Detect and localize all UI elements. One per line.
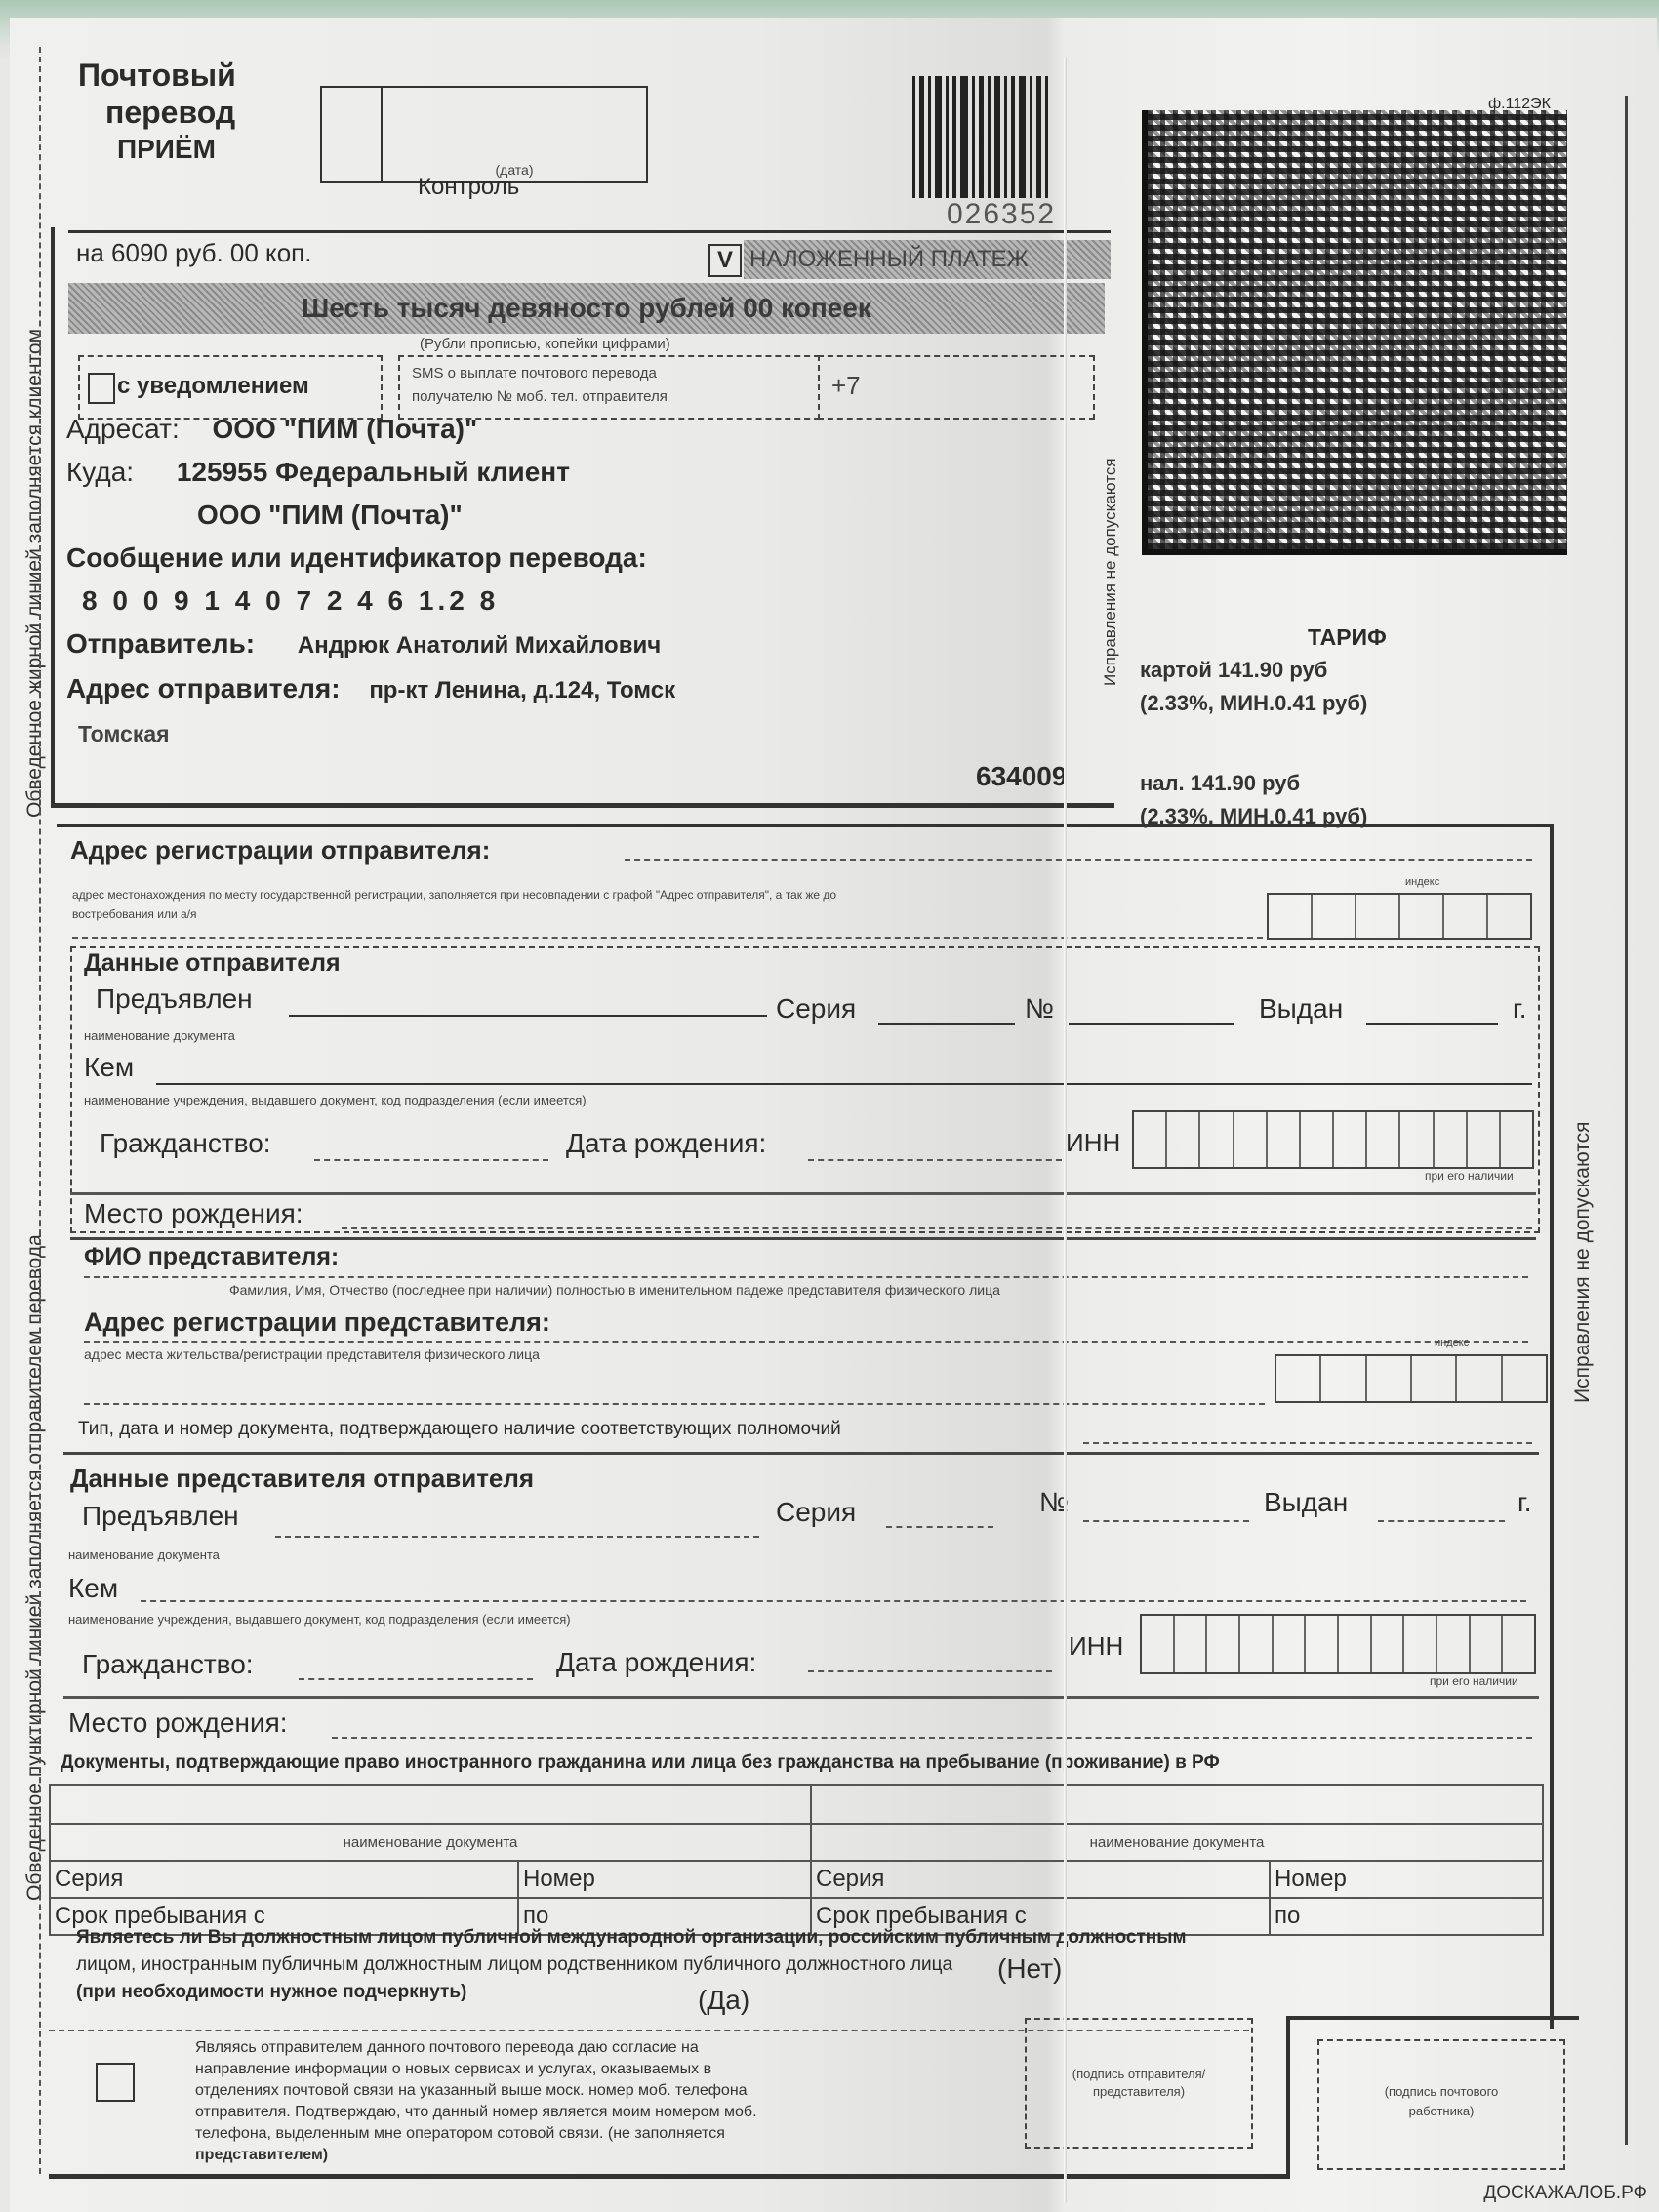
sms-label-line-1: SMS о выплате почтового перевода xyxy=(412,365,657,382)
sender-signature-box[interactable]: (подпись отправителя/ представителя) xyxy=(1025,2018,1253,2149)
representative-fio-field[interactable] xyxy=(84,1276,1528,1278)
transfer-identifier: 8 0 0 9 1 4 0 7 2 4 6 1.2 8 xyxy=(66,580,1111,623)
tariff-title: ТАРИФ xyxy=(1308,624,1387,651)
registration-index-label: индекс xyxy=(1405,876,1439,888)
pep-yes-option[interactable]: (Да) xyxy=(698,1985,749,2016)
sms-phone-value: +7 xyxy=(831,371,861,401)
where-value-line-2: ООО "ПИМ (Почта)" xyxy=(66,494,1111,537)
rep-issued-label: Выдан xyxy=(1264,1487,1348,1518)
rep-by-whom-field[interactable] xyxy=(141,1600,1526,1602)
amount-words-hint: (Рубли прописью, копейки цифрами) xyxy=(420,336,670,352)
notification-checkbox[interactable] xyxy=(88,373,115,404)
sender-by-whom-label: Кем xyxy=(84,1052,134,1083)
registration-hint-2: востребования или а/я xyxy=(72,907,197,921)
representative-reg-field[interactable] xyxy=(84,1341,1528,1343)
clerk-box-top-border xyxy=(1286,2016,1579,2020)
registration-address-line-2[interactable] xyxy=(72,937,1263,939)
postal-transfer-form: Обведенное жирной линией заполняется кли… xyxy=(10,18,1657,2212)
sender-birth-date-label: Дата рождения: xyxy=(566,1128,766,1159)
where-label: Куда: xyxy=(66,457,134,487)
sender-signature-hint-1: (подпись отправителя/ xyxy=(1027,2067,1251,2081)
consent-line-3: отделениях почтовой связи на указанный в… xyxy=(195,2080,757,2102)
amount-top-line xyxy=(68,230,1111,233)
rep-by-whom-hint: наименование учреждения, выдавшего докум… xyxy=(68,1612,571,1627)
consent-line-2: направление информации о новых сервисах … xyxy=(195,2059,757,2080)
foreign-docs-table: наименование документа наименование доку… xyxy=(49,1784,1544,1936)
client-section-bottom xyxy=(51,803,1114,808)
rep-data-title: Данные представителя отправителя xyxy=(70,1464,534,1494)
sender-inn-label: ИНН xyxy=(1066,1128,1120,1158)
addressee-value: ООО "ПИМ (Почта)" xyxy=(213,414,478,444)
control-stamp-box[interactable] xyxy=(320,86,383,183)
registration-index-cells[interactable] xyxy=(1267,893,1532,940)
address-block: Адресат: ООО "ПИМ (Почта)" Куда: 125955 … xyxy=(66,408,1111,755)
foreign-doc-2-stay-to[interactable]: по xyxy=(1270,1898,1543,1935)
side-note-no-corrections: Исправления не допускаются xyxy=(1571,1121,1595,1403)
rep-birth-date-label: Дата рождения: xyxy=(556,1647,756,1678)
rep-doc-hint: наименование документа xyxy=(68,1548,220,1562)
sender-birth-place-label: Место рождения: xyxy=(84,1198,303,1229)
sender-data-title: Данные отправителя xyxy=(84,949,341,978)
sender-label: Отправитель: xyxy=(66,628,255,659)
rep-citizenship-label: Гражданство: xyxy=(82,1649,254,1680)
rep-birth-date-field[interactable] xyxy=(808,1670,1052,1672)
barcode xyxy=(912,76,1052,198)
sender-birth-place-field[interactable] xyxy=(342,1227,1532,1229)
sender-by-whom-hint: наименование учреждения, выдавшего докум… xyxy=(84,1093,587,1107)
foreign-doc-1-number[interactable]: Номер xyxy=(518,1861,811,1898)
rep-data-divider xyxy=(63,1696,1539,1699)
sender-year-suffix: г. xyxy=(1513,993,1527,1025)
rep-series-label: Серия xyxy=(776,1497,856,1528)
rep-birth-place-field[interactable] xyxy=(332,1737,1532,1739)
sender-by-whom-field[interactable] xyxy=(156,1083,1532,1085)
cod-label: НАЛОЖЕННЫЙ ПЛАТЕЖ xyxy=(744,240,1111,279)
pep-no-option[interactable]: (Нет) xyxy=(997,1953,1062,1985)
tariff-card-rate: (2.33%, МИН.0.41 руб) xyxy=(1140,687,1367,720)
clerk-signature-box[interactable]: (подпись почтового работника) xyxy=(1317,2039,1565,2170)
representative-fio-hint: Фамилия, Имя, Отчество (последнее при на… xyxy=(229,1282,1000,1298)
registration-title: Адрес регистрации отправителя: xyxy=(70,835,490,865)
consent-line-4: отправителя. Подтверждаю, что данный ном… xyxy=(195,2102,757,2123)
control-label: Контроль xyxy=(418,174,519,201)
rep-number-field[interactable] xyxy=(1083,1520,1249,1522)
title-line-2: перевод xyxy=(78,94,236,131)
rep-doc-field[interactable] xyxy=(275,1536,759,1538)
transfer-amount: на 6090 руб. 00 коп. xyxy=(76,238,311,268)
sms-label-line-2: получателю № моб. тел. отправителя xyxy=(412,388,668,405)
datamatrix-code xyxy=(1142,110,1567,555)
barcode-number: 026352 xyxy=(947,198,1056,231)
consent-line-1: Являясь отправителем данного почтового п… xyxy=(195,2037,757,2059)
sender-inn-hint: при его наличии xyxy=(1425,1169,1514,1183)
clerk-box-left-border xyxy=(1286,2018,1290,2179)
foreign-docs-title: Документы, подтверждающие право иностран… xyxy=(61,1752,1220,1774)
message-label: Сообщение или идентификатор перевода: xyxy=(66,537,1111,580)
rep-birth-place-label: Место рождения: xyxy=(68,1708,288,1739)
sender-data-divider xyxy=(70,1192,1536,1195)
foreign-doc-2-number[interactable]: Номер xyxy=(1270,1861,1543,1898)
clerk-signature-hint-1: (подпись почтового xyxy=(1319,2084,1563,2099)
representative-reg-hint: адрес места жительства/регистрации предс… xyxy=(84,1347,540,1362)
addressee-label: Адресат: xyxy=(66,414,180,444)
representative-fio-label: ФИО представителя: xyxy=(84,1243,339,1271)
notification-label: с уведомлением xyxy=(117,373,309,400)
sender-issued-field[interactable] xyxy=(1366,1023,1498,1025)
sender-name: Андрюк Анатолий Михайлович xyxy=(298,632,661,659)
foreign-doc-2-name-field[interactable] xyxy=(811,1785,1543,1824)
rep-year-suffix: г. xyxy=(1517,1487,1532,1518)
tariff-card-amount: картой 141.90 руб xyxy=(1140,654,1367,687)
sender-number-label: № xyxy=(1025,993,1054,1025)
representative-reg-line-2[interactable] xyxy=(84,1403,1265,1405)
rep-issued-field[interactable] xyxy=(1378,1520,1505,1522)
form-title: Почтовый перевод ПРИЁМ xyxy=(78,57,236,168)
title-line-1: Почтовый xyxy=(78,57,236,94)
left-dashed-border xyxy=(39,47,44,2174)
representative-index-label: индекс xyxy=(1435,1337,1469,1348)
where-value-line-1: 125955 Федеральный клиент xyxy=(177,457,570,487)
watermark: ДОСКАЖАЛОБ.РФ xyxy=(1483,2183,1647,2204)
consent-line-6: представителем) xyxy=(195,2145,757,2166)
sender-issued-label: Выдан xyxy=(1259,993,1343,1025)
paper-fold xyxy=(1064,57,1067,2203)
foreign-doc-2-hint: наименование документа xyxy=(811,1824,1543,1861)
rep-series-field[interactable] xyxy=(886,1526,993,1528)
sender-region: Томская xyxy=(66,712,1111,755)
sender-citizenship-field[interactable] xyxy=(314,1159,548,1161)
representative-authority-field[interactable] xyxy=(1083,1442,1532,1444)
consent-checkbox[interactable] xyxy=(96,2063,135,2102)
foreign-doc-1-series[interactable]: Серия xyxy=(50,1861,518,1898)
rep-by-whom-label: Кем xyxy=(68,1573,118,1604)
sender-postcode: 634009 xyxy=(976,761,1067,792)
rep-citizenship-field[interactable] xyxy=(299,1678,533,1680)
rep-inn-label: ИНН xyxy=(1069,1631,1123,1662)
sender-section-top xyxy=(57,824,1550,827)
sender-inn-cells[interactable] xyxy=(1132,1110,1534,1169)
consent-text: Являясь отправителем данного почтового п… xyxy=(195,2037,757,2166)
registration-address-field[interactable] xyxy=(625,859,1532,861)
sender-address-value: пр-кт Ленина, д.124, Томск xyxy=(369,677,675,704)
control-date-box[interactable]: (дата) xyxy=(381,86,648,183)
foreign-doc-1-hint: наименование документа xyxy=(50,1824,811,1861)
foreign-doc-1-name-field[interactable] xyxy=(50,1785,811,1824)
foreign-doc-2-series[interactable]: Серия xyxy=(811,1861,1270,1898)
tariff-cash-rate: (2.33%, МИН.0.41 руб) xyxy=(1140,800,1367,833)
rep-data-top-line xyxy=(63,1452,1539,1455)
sender-data-box xyxy=(70,946,1540,1233)
sender-presented-label: Предъявлен xyxy=(96,984,253,1015)
representative-authority-label: Тип, дата и номер документа, подтверждаю… xyxy=(78,1419,841,1440)
rep-inn-hint: при его наличии xyxy=(1430,1674,1518,1688)
sender-series-field[interactable] xyxy=(878,1023,1015,1025)
sender-doc-hint: наименование документа xyxy=(84,1028,235,1043)
representative-top-line xyxy=(70,1237,1536,1240)
representative-reg-title: Адрес регистрации представителя: xyxy=(84,1307,550,1338)
consent-line-5: телефона, выделенным мне оператором сото… xyxy=(195,2123,757,2145)
sender-number-field[interactable] xyxy=(1069,1023,1234,1025)
sender-section-right xyxy=(1550,824,1554,2029)
sender-citizenship-label: Гражданство: xyxy=(100,1128,271,1159)
representative-index-cells[interactable] xyxy=(1275,1354,1548,1403)
tariff-card: картой 141.90 руб (2.33%, МИН.0.41 руб) xyxy=(1140,654,1367,720)
registration-hint: адрес местонахождения по месту государст… xyxy=(72,888,1263,902)
rep-presented-label: Предъявлен xyxy=(82,1501,239,1532)
tariff-cash-amount: нал. 141.90 руб xyxy=(1140,767,1367,800)
sender-address-label: Адрес отправителя: xyxy=(66,673,341,704)
title-line-3: ПРИЁМ xyxy=(78,131,236,168)
pep-question-line-1: Являетесь ли Вы должностным лицом публич… xyxy=(76,1924,1187,1951)
cod-checkbox[interactable]: V xyxy=(708,244,742,277)
amount-in-words: Шесть тысяч девяносто рублей 00 копеек xyxy=(68,283,1105,334)
rep-inn-cells[interactable] xyxy=(1140,1614,1536,1674)
sender-signature-hint-2: представителя) xyxy=(1027,2084,1251,2099)
consent-bottom-line xyxy=(49,2174,1288,2179)
right-border xyxy=(1625,96,1628,2145)
sender-series-label: Серия xyxy=(776,993,856,1025)
clerk-signature-hint-2: работника) xyxy=(1319,2104,1563,2118)
sender-doc-field[interactable] xyxy=(289,1015,767,1017)
sender-birth-date-field[interactable] xyxy=(808,1159,1062,1161)
left-bold-border xyxy=(51,227,55,803)
